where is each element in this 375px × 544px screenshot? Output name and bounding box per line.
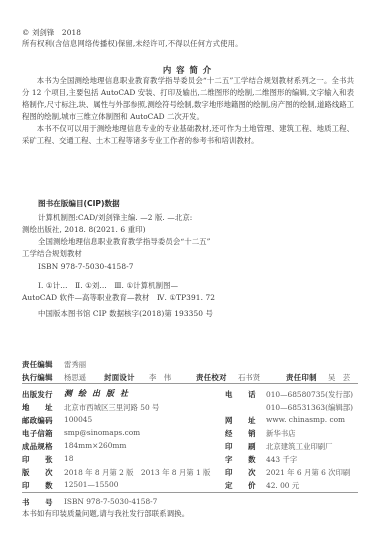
cip-heading: 图书在版编目(CIP)数据 bbox=[38, 198, 120, 209]
print-run-label: 印 数 bbox=[22, 480, 53, 491]
format-label: 成品规格 bbox=[22, 441, 53, 452]
cip-line: Ⅰ. ①计… Ⅱ. ①刘… Ⅲ. ①计算机制图— bbox=[38, 281, 178, 291]
cip-line: AutoCAD 软件—高等职业教育—教材 Ⅳ. ①TP391. 72 bbox=[22, 293, 215, 303]
cip-isbn: ISBN 978-7-5030-4158-7 bbox=[38, 262, 134, 272]
postcode-value: 100045 bbox=[64, 415, 92, 424]
cip-record-number: 中国版本图书馆 CIP 数据核字(2018)第 193350 号 bbox=[38, 309, 213, 319]
proofreader-label: 责任校对 bbox=[196, 372, 227, 383]
cip-line: 工学结合规划教材 bbox=[22, 249, 82, 259]
sheets-value: 18 bbox=[64, 454, 73, 463]
cover-design-value: 李 伟 bbox=[149, 372, 171, 383]
address-label: 地 址 bbox=[22, 402, 53, 413]
print-supervisor-value: 吴 芸 bbox=[328, 372, 350, 383]
print-supervisor-label: 责任印制 bbox=[286, 372, 317, 383]
postcode-label: 邮政编码 bbox=[22, 415, 53, 426]
print-run-value: 12501—15500 bbox=[64, 480, 118, 489]
printer-value: 北京建筑工业印刷厂 bbox=[266, 441, 333, 452]
price-label: 定 价 bbox=[225, 480, 256, 491]
isbn-value: ISBN 978-7-5030-4158-7 bbox=[64, 497, 157, 506]
sheets-label: 印 张 bbox=[22, 454, 53, 465]
printer-label: 印 刷 bbox=[225, 441, 256, 452]
cip-line: 测绘出版社, 2018. 8(2021. 6 重印) bbox=[22, 225, 146, 235]
phone-value-editorial: 010—68531363(编辑部) bbox=[266, 402, 353, 413]
website-value: www. chinasmp. com bbox=[266, 415, 345, 424]
distributor-label: 经 销 bbox=[225, 428, 256, 439]
copyright-line: © 刘剑锋 2018 bbox=[22, 28, 81, 38]
impression-label: 印 次 bbox=[225, 467, 256, 478]
exec-editor-value: 杨思遥 bbox=[64, 372, 86, 383]
summary-paragraph-1: 本书为全国测绘地理信息职业教育教学指导委员会“十二五”工学结合规划教材系列之一。… bbox=[22, 75, 354, 123]
word-count-label: 字 数 bbox=[225, 454, 256, 465]
price-value: 42. 00 元 bbox=[266, 480, 299, 491]
phone-label: 电 话 bbox=[225, 389, 256, 400]
impression-value: 2021 年 6 月第 6 次印刷 bbox=[266, 467, 350, 478]
word-count-value: 443 千字 bbox=[266, 454, 297, 465]
editor-label: 责任编辑 bbox=[22, 359, 53, 370]
rights-reserved-line: 所有权利(含信息网络传播权)保留,未经许可,不得以任何方式使用。 bbox=[22, 39, 243, 49]
format-value: 184mm×260mm bbox=[64, 441, 126, 450]
divider bbox=[22, 383, 358, 384]
distributor-value: 新华书店 bbox=[266, 428, 296, 439]
divider bbox=[22, 492, 358, 493]
website-label: 网 址 bbox=[225, 415, 256, 426]
cip-line: 计算机制图:CAD/刘剑锋主编. —2 版. —北京: bbox=[38, 213, 192, 223]
cip-line: 全国测绘地理信息职业教育教学指导委员会“十二五” bbox=[38, 237, 211, 247]
phone-value-sales: 010—68580735(发行部) bbox=[266, 389, 353, 400]
summary-paragraph-2: 本书不仅可以用于测绘地理信息专业的专业基础教材,还可作为土地管理、建筑工程、地质… bbox=[22, 123, 354, 147]
address-value: 北京市西城区三里河路 50 号 bbox=[64, 402, 159, 413]
email-label: 电子信箱 bbox=[22, 428, 53, 439]
exec-editor-label: 执行编辑 bbox=[22, 372, 53, 383]
publisher-value: 测绘出版社 bbox=[64, 388, 134, 399]
publisher-label: 出版发行 bbox=[22, 389, 53, 400]
editor-value: 雷秀丽 bbox=[64, 359, 86, 370]
edition-value: 2018 年 8 月第 2 版 2013 年 8 月第 1 版 bbox=[64, 467, 210, 478]
isbn-label: 书 号 bbox=[22, 497, 53, 508]
proofreader-value: 石书贤 bbox=[238, 372, 260, 383]
edition-label: 版 次 bbox=[22, 467, 53, 478]
email-value: smp@sinomaps.com bbox=[64, 428, 140, 437]
quality-notice: 本书如有印装质量问题,请与我社发行部联系调换。 bbox=[22, 509, 189, 519]
cover-design-label: 封面设计 bbox=[104, 372, 135, 383]
